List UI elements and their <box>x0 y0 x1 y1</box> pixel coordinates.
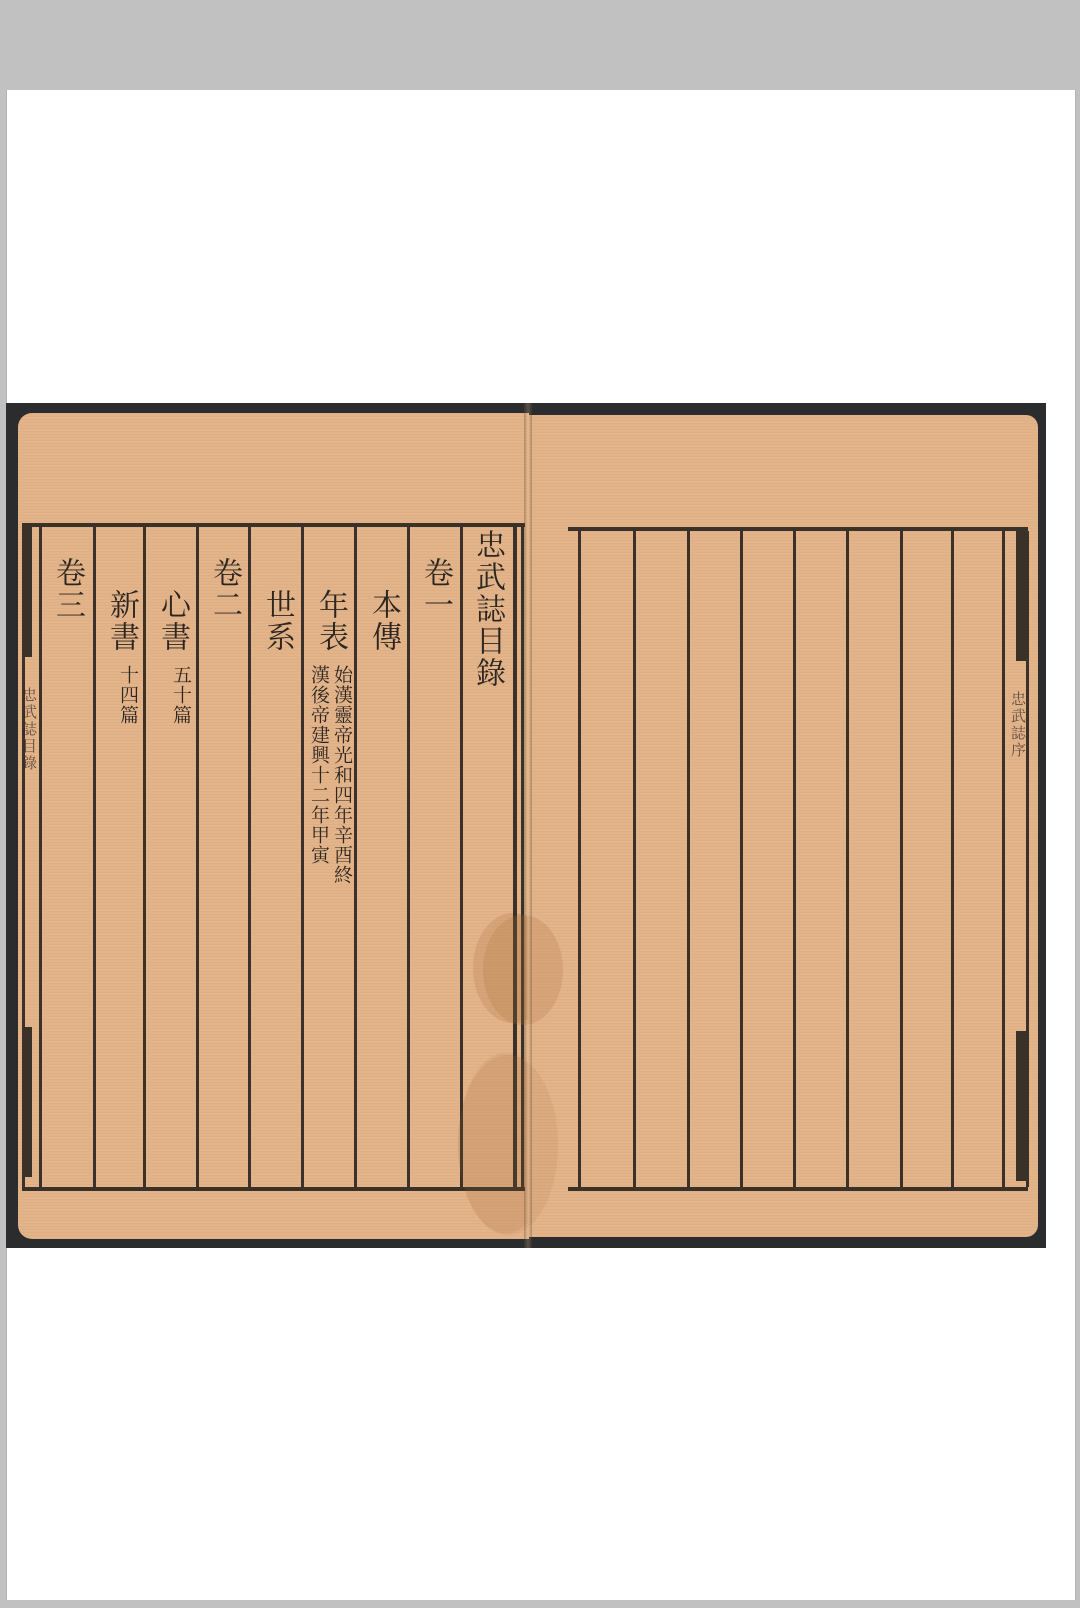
column-rule <box>93 527 96 1187</box>
volume-2-label: 卷二 <box>202 557 246 621</box>
column-rule <box>196 527 199 1187</box>
column-rule <box>407 527 410 1187</box>
column-rule <box>846 531 849 1187</box>
column-rule <box>460 527 463 1187</box>
fish-tail-label: 忠武誌目錄 <box>19 687 40 772</box>
entry-xinshu2: 新書 <box>99 589 143 653</box>
column-rule <box>793 531 796 1187</box>
column-rule <box>248 527 251 1187</box>
fish-tail-label: 忠武誌序 <box>1008 691 1029 759</box>
column-rule <box>301 527 304 1187</box>
column-rule <box>39 527 42 1187</box>
volume-3-label: 卷三 <box>45 557 89 621</box>
entry-xinshu-note: 五十篇 <box>168 665 195 725</box>
fish-tail-block <box>1016 1031 1028 1181</box>
page-title: 忠武誌目錄 <box>465 529 509 689</box>
entry-nianbiao: 年表 <box>308 589 352 653</box>
water-stain <box>483 915 563 1025</box>
right-page-frame: 忠武誌序 <box>568 527 1028 1191</box>
book-scan-image: 忠武誌目錄 忠武誌目錄 卷一 本傳 年表 始漢靈帝光和四年辛酉終 漢後帝建興十二… <box>6 403 1046 1248</box>
fish-tail-block <box>22 1027 32 1177</box>
column-rule <box>633 531 636 1187</box>
volume-1-label: 卷一 <box>413 557 457 621</box>
column-rule <box>900 531 903 1187</box>
book-spine-fold <box>524 403 532 1248</box>
left-page: 忠武誌目錄 忠武誌目錄 卷一 本傳 年表 始漢靈帝光和四年辛酉終 漢後帝建興十二… <box>18 413 529 1239</box>
column-rule <box>951 531 954 1187</box>
fish-tail-block <box>22 527 32 657</box>
column-rule <box>687 531 690 1187</box>
column-rule <box>740 531 743 1187</box>
entry-benzhuan: 本傳 <box>361 589 405 653</box>
column-rule <box>143 527 146 1187</box>
entry-shixi: 世系 <box>255 589 299 653</box>
column-rule <box>1002 531 1005 1187</box>
right-page: 忠武誌序 <box>528 415 1038 1237</box>
entry-nianbiao-note-1: 始漢靈帝光和四年辛酉終 <box>329 665 356 885</box>
entry-xinshu: 心書 <box>150 589 194 653</box>
column-rule <box>578 531 581 1187</box>
water-stain <box>458 1055 558 1235</box>
left-page-frame: 忠武誌目錄 忠武誌目錄 卷一 本傳 年表 始漢靈帝光和四年辛酉終 漢後帝建興十二… <box>22 523 525 1191</box>
fish-tail-block <box>1016 531 1028 661</box>
entry-xinshu2-note: 十四篇 <box>115 665 142 725</box>
entry-nianbiao-note-2: 漢後帝建興十二年甲寅 <box>306 665 333 865</box>
